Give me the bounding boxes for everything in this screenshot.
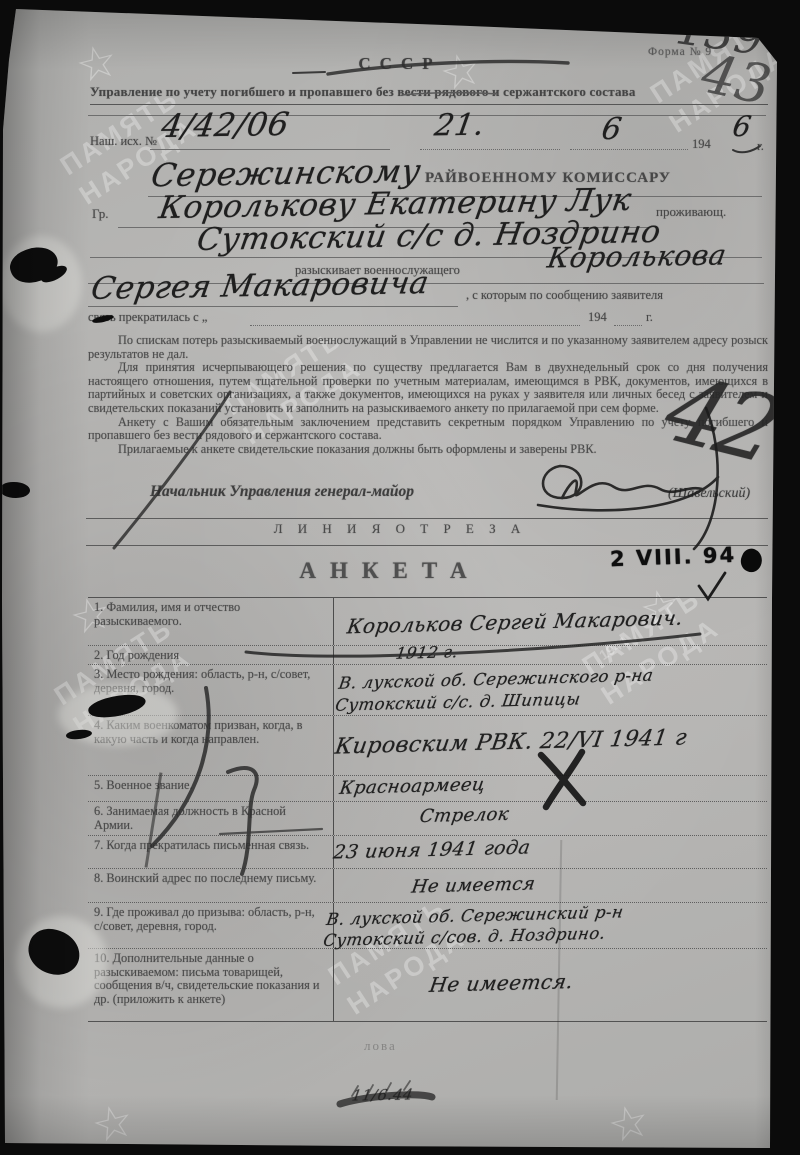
paper-hole: [0, 482, 30, 498]
question-cell: 9. Где проживал до призыва: область, р-н…: [88, 903, 334, 948]
year-printed: 194: [692, 137, 711, 152]
table-row: 4. Каким военкоматом призван, когда, в к…: [88, 716, 767, 776]
date-month: 6: [599, 112, 624, 147]
anketa-title: АНКЕТА: [0, 558, 780, 584]
table-row: 2. Год рождения 1912 г.: [88, 646, 767, 665]
footer-faint-text: лова: [364, 1038, 397, 1054]
star-watermark-icon: ☆: [602, 1092, 655, 1154]
table-row: 10. Дополнительные данные о разыскиваемо…: [88, 949, 767, 1021]
question-cell: 7. Когда прекратилась письменная связь.: [88, 836, 334, 868]
answer-cell: В. лукской об. Сережинский р-н Сутокский…: [334, 903, 767, 948]
scanned-document-page: ПАМЯТЬНАРОДА ПАМЯТЬНАРОДА ПАМЯТЬНАРОДА П…: [0, 0, 800, 1155]
question-cell: 1. Фамилия, имя и отчество разыскиваемог…: [88, 598, 334, 645]
table-row: 5. Военное звание. Красноармеец: [88, 776, 767, 802]
footer-smudge-number: 11/6.44: [350, 1085, 414, 1104]
office-header: Управление по учету погибшего и пропавше…: [90, 84, 768, 105]
answer-cell: Красноармеец: [334, 776, 767, 801]
sought-surname: Королькова: [545, 238, 729, 274]
outgoing-number-value: 4/42/06: [159, 105, 292, 145]
table-row: 6. Занимаемая должность в Красной Армии.…: [88, 802, 767, 836]
table-row: 7. Когда прекратилась письменная связь. …: [88, 836, 767, 869]
table-row: 1. Фамилия, имя и отчество разыскиваемог…: [88, 598, 767, 646]
answer-cell: Стрелок: [334, 802, 767, 835]
body-paragraph: По спискам потерь разыскиваемый военносл…: [88, 334, 768, 361]
question-cell: 6. Занимаемая должность в Красной Армии.: [88, 802, 334, 835]
question-cell: 8. Воинский адрес по последнему письму.: [88, 869, 334, 902]
answer-cell: Кировским РВК. 22/VI 1941 г: [334, 716, 767, 775]
table-row: 9. Где проживал до призыва: область, р-н…: [88, 903, 767, 949]
contact-year-suffix: г.: [646, 310, 653, 325]
residing-label: проживающ.: [656, 204, 726, 220]
with-whom-label: , с которым по сообщению заявителя: [466, 288, 663, 303]
signature-title: Начальник Управления генерал-майор: [150, 483, 414, 501]
question-cell: 10. Дополнительные данные о разыскиваемо…: [88, 949, 334, 1021]
question-cell: 2. Год рождения: [88, 646, 334, 664]
question-cell: 5. Военное звание.: [88, 776, 334, 801]
signature-name: (Шавельский): [668, 486, 750, 502]
body-paragraph: Для принятия исчерпывающего решения по с…: [88, 361, 768, 415]
table-row: 8. Воинский адрес по последнему письму. …: [88, 869, 767, 903]
year-suffix: г.: [757, 139, 764, 154]
ussr-header: СССР: [0, 54, 800, 74]
date-day: 21.: [432, 108, 487, 144]
sought-name-patronymic: Сергея Макаровича: [89, 265, 432, 307]
table-row: 3. Место рождения: область, р-н, с/совет…: [88, 665, 767, 716]
cut-line-label: Л И Н И Я О Т Р Е З А: [0, 521, 800, 537]
contact-year: 194: [588, 310, 607, 325]
answer-cell: 1912 г.: [334, 646, 767, 664]
answer-cell: Не имеется.: [334, 949, 767, 1021]
anketa-table: 1. Фамилия, имя и отчество разыскиваемог…: [88, 597, 767, 1022]
star-watermark-icon: ☆: [86, 1092, 139, 1154]
answer-cell: Не имеется: [334, 869, 767, 902]
outgoing-number-label: Наш. исх. №: [90, 134, 157, 149]
answer-cell: Корольков Сергей Макарович.: [334, 598, 767, 645]
page-number-bottom: 43: [696, 42, 776, 118]
answer-cell: В. лукской об. Сережинского р-на Сутокск…: [334, 665, 767, 715]
answer-cell: 23 июня 1941 года: [334, 836, 767, 868]
grazhdanin-label: Гр.: [92, 206, 108, 222]
year-handwritten: 6: [730, 110, 754, 143]
paper-sheet: ПАМЯТЬНАРОДА ПАМЯТЬНАРОДА ПАМЯТЬНАРОДА П…: [0, 0, 800, 1155]
